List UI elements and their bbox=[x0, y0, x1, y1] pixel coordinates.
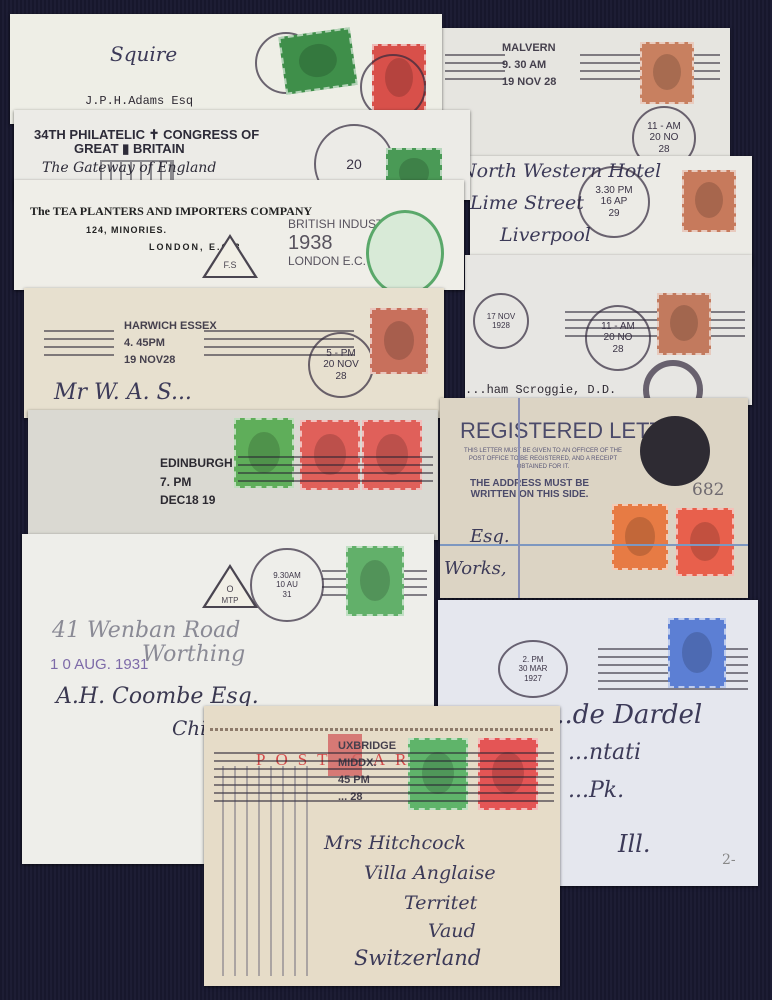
cover-malvern: MALVERN9. 30 AM19 NOV 28 11 - AM20 NO28 bbox=[440, 28, 730, 163]
addressee: ...ham Scroggie, D.D. bbox=[465, 383, 616, 397]
stamp-twopence-halfpenny-blue bbox=[668, 618, 726, 688]
postcard-hitchcock: POST CARD UXBRIDGEMIDDX.45 PM... 28 Mrs … bbox=[204, 706, 560, 986]
cover-tea-planters: The TEA PLANTERS AND IMPORTERS COMPANY 1… bbox=[14, 180, 464, 290]
company-name: The TEA PLANTERS AND IMPORTERS COMPANY bbox=[30, 204, 312, 219]
circular-postmark: 3.30 PM16 AP29 bbox=[578, 166, 650, 238]
cover-edinburgh: EDINBURGH7. PMDEC18 19 bbox=[28, 410, 438, 540]
address-line: Liverpool bbox=[500, 224, 591, 246]
stamp-three-halfpence bbox=[657, 293, 711, 355]
address-line: Worthing bbox=[142, 642, 245, 667]
backstamp-edinburgh: 11 - AM20 NO28 bbox=[632, 106, 696, 163]
address-note: THE ADDRESS MUST BEWRITTEN ON THIS SIDE. bbox=[470, 478, 589, 500]
address-line: Territet bbox=[404, 892, 477, 914]
circular-postmark-kensington: 2. PM30 MAR1927 bbox=[498, 640, 568, 698]
pencil-number: 682 bbox=[692, 480, 724, 500]
machine-postmark: MALVERN9. 30 AM19 NOV 28 bbox=[502, 40, 556, 91]
perforated-edge bbox=[210, 728, 554, 731]
address-line: ...de Dardel bbox=[548, 700, 702, 730]
address-line: Mrs Hitchcock bbox=[324, 832, 466, 854]
stamp-twopence-orange bbox=[612, 504, 668, 570]
blue-cross-line bbox=[518, 398, 520, 598]
circular-postmark: 9.30AM10 AU31 bbox=[250, 548, 324, 622]
address-line: Lime Street bbox=[470, 192, 584, 214]
cover-registered-letter: REGISTERED LETTER. THIS LETTER MUST BE G… bbox=[440, 398, 748, 598]
congress-header: 34TH PHILATELIC ✝ CONGRESS OF GREAT ▮ BR… bbox=[34, 128, 259, 157]
address-line: Switzerland bbox=[354, 946, 481, 970]
wavy-cancel bbox=[44, 324, 114, 358]
blue-cross-line bbox=[440, 544, 748, 546]
machine-postmark: EDINBURGH7. PMDEC18 19 bbox=[160, 454, 233, 510]
company-address: 124, MINORIES. bbox=[86, 225, 167, 235]
address-line: ...Pk. bbox=[568, 778, 624, 803]
cover-adams: Squire J.P.H.Adams Esq bbox=[10, 14, 442, 124]
stamp-green bbox=[278, 27, 357, 94]
embossed-halfpenny-indicia bbox=[366, 210, 444, 290]
mtp-triangle-mark: OMTP bbox=[202, 564, 258, 608]
address-line: Vaud bbox=[428, 920, 476, 942]
stamp-penny-red bbox=[676, 508, 734, 576]
vertical-message bbox=[212, 766, 312, 976]
address-line: Works, bbox=[444, 558, 507, 579]
address-line: 41 Wenban Road bbox=[52, 618, 240, 643]
stamp-three-halfpence bbox=[640, 42, 694, 104]
wavy-cancel bbox=[238, 450, 433, 484]
stamp-three-halfpence bbox=[682, 170, 736, 232]
wavy-cancel bbox=[445, 48, 505, 82]
addressee: J.P.H.Adams Esq bbox=[85, 94, 193, 108]
machine-postmark: HARWICH ESSEX4. 45PM19 NOV28 bbox=[124, 318, 217, 369]
cover-swansea: 17 NOV1928 11 - AM20 NO28 ...ham Scroggi… bbox=[465, 255, 752, 405]
address-line: Ill. bbox=[618, 830, 650, 858]
backstamp-southern: 5 - PM20 NOV28 bbox=[308, 332, 374, 398]
handwritten-note: Squire bbox=[110, 42, 177, 66]
cover-harwich: HARWICH ESSEX4. 45PM19 NOV28 Mr W. A. S.… bbox=[24, 288, 444, 418]
stamp-three-halfpence bbox=[370, 308, 428, 374]
address-line: Villa Anglaise bbox=[364, 862, 496, 884]
circular-postmark-swansea: 17 NOV1928 bbox=[473, 293, 529, 349]
cover-hotel: North Western Hotel Lime Street Liverpoo… bbox=[470, 156, 752, 266]
fs-triangle-mark: F.S bbox=[202, 234, 258, 278]
stamp-halfpenny-green bbox=[346, 546, 404, 616]
receipt-date-stamp: 1 0 AUG. 1931 bbox=[50, 656, 148, 673]
address-line: Mr W. A. S... bbox=[54, 380, 192, 405]
pencil-number: 2- bbox=[722, 852, 736, 868]
registration-indicia bbox=[640, 416, 710, 486]
backstamp-edinburgh: 11 - AM20 NO28 bbox=[585, 305, 651, 371]
address-line: ...ntati bbox=[568, 740, 641, 765]
registered-notice: THIS LETTER MUST BE GIVEN TO AN OFFICER … bbox=[458, 448, 628, 471]
